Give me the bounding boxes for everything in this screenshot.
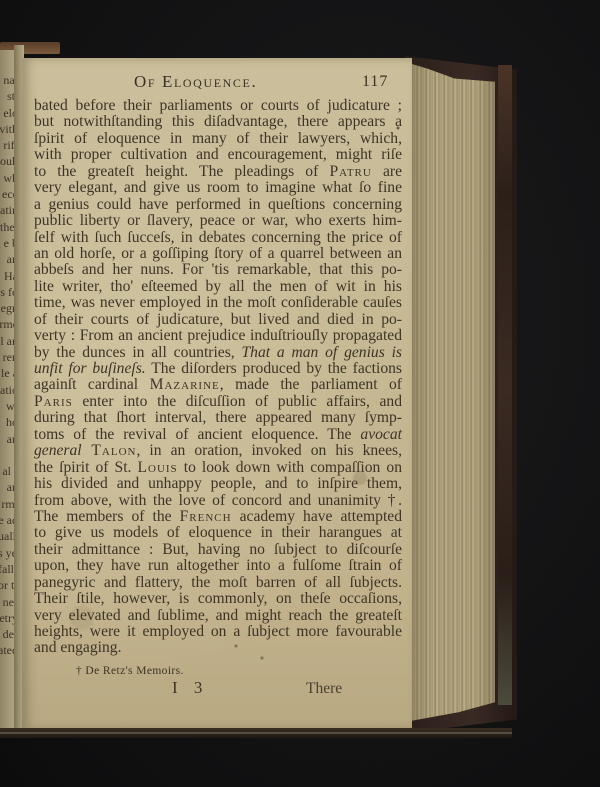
text-line: public liberty or ſlavery, peace or war,… (34, 213, 402, 229)
scanned-book-spread: nat st. elo vith rifi ouh wh ece atin th… (0, 0, 600, 787)
text-segment: The diſorders produced by the factions (146, 360, 402, 377)
footnote: † De Retz's Memoirs. (76, 665, 184, 677)
italic-quote: unfit for buſineſs. (34, 360, 146, 377)
text-line: upon, they have run altogether into a fu… (34, 558, 402, 574)
name-paris: Paris (34, 393, 73, 410)
text-line: general Talon, in an oration, invoked on… (34, 443, 402, 459)
text-line: his divided and unhappy people, and to i… (34, 476, 402, 492)
text-line: panegyric and flattery, the moſt barren … (34, 575, 402, 591)
book-page: Of Eloquence. 117 bated before their par… (22, 58, 412, 730)
text-line: againſt cardinal Mazarine, made the parl… (34, 377, 402, 393)
text-segment: toms of the revival of ancient eloquence… (34, 426, 360, 443)
name-mazarine: Mazarine (150, 376, 220, 393)
text-line: but notwithſtanding this diſadvantage, t… (34, 114, 402, 130)
italic-quote: That a man of genius is (242, 344, 402, 361)
text-line: ſpirit of eloquence in many of their law… (34, 131, 402, 147)
text-segment: by the dunces in all countries, (34, 344, 242, 361)
body-text: bated before their parliaments or courts… (34, 98, 402, 657)
text-segment: The members of the (34, 508, 180, 525)
text-segment: the ſpirit of St. (34, 459, 137, 476)
text-line: The members of the French academy have a… (34, 509, 402, 525)
name-talon: Talon (82, 442, 137, 459)
text-line: to the greateſt height. The pleadings of… (34, 164, 402, 180)
text-line: abbeſs and her nuns. For 'tis remarkable… (34, 262, 402, 278)
text-line: time, was never employed in the moſt con… (34, 295, 402, 311)
italic-term: general (34, 442, 82, 459)
text-segment: enter into the diſcuſſion of public affa… (73, 393, 402, 410)
text-line: an old horſe, or a goſſiping ſtory of a … (34, 246, 402, 262)
text-segment: are (372, 163, 402, 180)
name-louis: Louis (137, 459, 177, 476)
scan-edge-line (0, 732, 512, 734)
text-line: a genius could have performed in queſtio… (34, 197, 402, 213)
page-block-shade (405, 62, 495, 722)
text-line: lite writer, tho' eſteemed by all the me… (34, 279, 402, 295)
running-head: Of Eloquence. 117 (22, 72, 412, 96)
text-line: of their courts of judicature, but lived… (34, 312, 402, 328)
text-line: very elegant, and give us room to imagin… (34, 180, 402, 196)
text-line: with proper cultivation and encouragemen… (34, 147, 402, 163)
page-number: 117 (362, 73, 388, 91)
text-segment: to look down with compaſſion on (178, 459, 402, 476)
italic-term: avocat (360, 426, 402, 443)
text-line: ſelf with ſuch ſucceſs, in debates conce… (34, 230, 402, 246)
text-segment: , made the parliament of (220, 376, 402, 393)
text-line: unfit for buſineſs. The diſorders produc… (34, 361, 402, 377)
name-french: French (180, 508, 232, 525)
running-head-title: Of Eloquence. (134, 72, 257, 92)
text-line: verty : From an ancient prejudice induſt… (34, 328, 402, 344)
text-line: very elevated and ſublime, and might rea… (34, 608, 402, 624)
text-line: during that ſhort interval, there appear… (34, 410, 402, 426)
catchword: There (306, 680, 342, 698)
text-line: bated before their parliaments or courts… (34, 98, 402, 114)
text-segment: to the greateſt height. The pleadings of (34, 163, 329, 180)
back-cover-spine-edge (498, 65, 512, 705)
text-line: toms of the revival of ancient eloquence… (34, 427, 402, 443)
text-segment: academy have attempted (232, 508, 402, 525)
signature-mark: I 3 (172, 678, 208, 698)
text-segment: againſt cardinal (34, 376, 150, 393)
name-patru: Patru (329, 163, 371, 180)
text-line: their admittance : But, having no ſubjec… (34, 542, 402, 558)
text-line: from above, with the love of concord and… (34, 493, 402, 509)
text-line: by the dunces in all countries, That a m… (34, 345, 402, 361)
text-line: the ſpirit of St. Louis to look down wit… (34, 460, 402, 476)
text-segment: , in an oration, invoked on his knees, (136, 442, 402, 459)
text-line: Paris enter into the diſcuſſion of publi… (34, 394, 402, 410)
text-line: to give us models of eloquence in their … (34, 525, 402, 541)
text-line: Their ſtile, however, is commonly, on th… (34, 591, 402, 607)
text-line: and engaging. (34, 640, 402, 656)
text-line: heights, were it employed on a ſubject m… (34, 624, 402, 640)
